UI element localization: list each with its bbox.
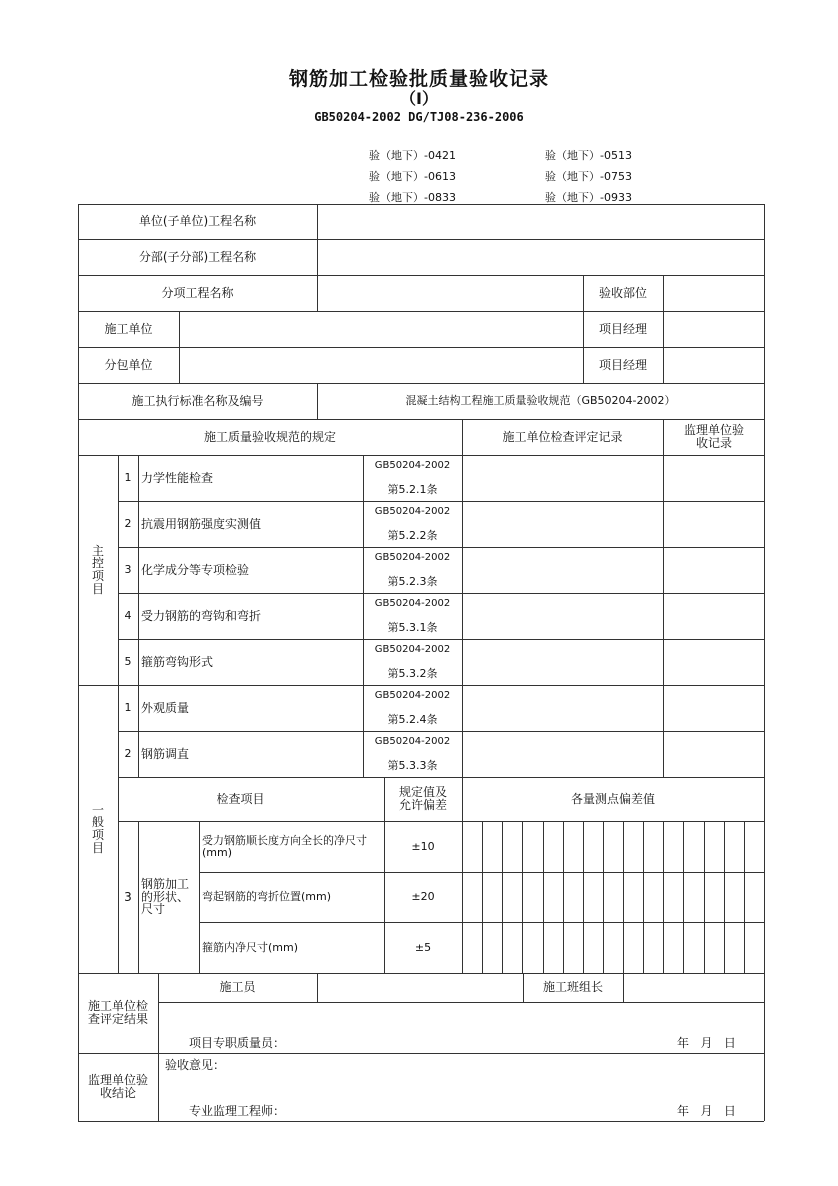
supervisor-record-cell[interactable]	[663, 455, 764, 501]
item-name: 力学性能检查	[138, 455, 363, 501]
unit-project-field[interactable]	[317, 204, 764, 239]
item-name: 外观质量	[138, 685, 363, 731]
contractor-result-label: 施工单位检查评定结果	[80, 973, 156, 1053]
item-clause: 第5.3.1条	[363, 616, 462, 639]
general-items-label: 一般项目	[80, 685, 116, 973]
supervisor-record-cell[interactable]	[663, 593, 764, 639]
division-label: 分部(子分部)工程名称	[78, 239, 317, 275]
team-leader-field[interactable]	[623, 973, 764, 1002]
engineer-label: 专业监理工程师：	[186, 1102, 386, 1120]
supervisor-record-cell[interactable]	[663, 639, 764, 685]
form-code: 验（地下）-0513	[545, 147, 632, 163]
form-code: 验（地下）-0833	[369, 189, 456, 205]
form-code: 验（地下）-0933	[545, 189, 632, 205]
sub-item-tolerance: ±20	[384, 872, 462, 922]
quality-officer-label: 项目专职质量员：	[186, 1034, 386, 1052]
form-code: 验（地下）-0613	[369, 168, 456, 184]
item-number: 5	[118, 639, 138, 685]
item-number: 1	[118, 455, 138, 501]
subcontractor-label: 分包单位	[78, 347, 179, 383]
item-standard: GB50204-2002	[363, 501, 462, 524]
item-number: 1	[118, 685, 138, 731]
item-clause: 第5.2.2条	[363, 524, 462, 547]
item-name: 抗震用钢筋强度实测值	[138, 501, 363, 547]
item-standard: GB50204-2002	[363, 731, 462, 754]
item-name: 受力钢筋的弯钩和弯折	[138, 593, 363, 639]
item3-name: 钢筋加工的形状、尺寸	[138, 821, 199, 973]
item-standard: GB50204-2002	[363, 455, 462, 478]
item-clause: 第5.2.3条	[363, 570, 462, 593]
worker-field[interactable]	[317, 973, 523, 1002]
item-number: 2	[118, 731, 138, 777]
item-number: 3	[118, 547, 138, 593]
division-field[interactable]	[317, 239, 764, 275]
contractor-record-cell[interactable]	[462, 593, 663, 639]
main-items-label: 主控项目	[80, 455, 116, 685]
contractor-record-cell[interactable]	[462, 547, 663, 593]
date-label-2: 年 月 日	[674, 1102, 764, 1120]
item-standard: GB50204-2002	[363, 639, 462, 662]
item-clause: 第5.3.3条	[363, 754, 462, 777]
opinion-label: 验收意见：	[162, 1056, 282, 1074]
item-standard: GB50204-2002	[363, 593, 462, 616]
pm-field-2[interactable]	[663, 347, 764, 383]
item-clause: 第5.3.2条	[363, 662, 462, 685]
contractor-record-cell[interactable]	[462, 455, 663, 501]
item-number: 4	[118, 593, 138, 639]
date-label: 年 月 日	[674, 1034, 764, 1052]
spec-header: 施工质量验收规范的规定	[78, 419, 462, 455]
item-number: 3	[118, 821, 138, 973]
sub-item-name: 弯起钢筋的弯折位置(mm)	[199, 872, 384, 922]
pm-label: 项目经理	[583, 311, 663, 347]
subcontractor-field[interactable]	[179, 347, 583, 383]
contractor-record-cell[interactable]	[462, 685, 663, 731]
contractor-record-header: 施工单位检查评定记录	[462, 419, 663, 455]
unit-project-label: 单位(子单位)工程名称	[78, 204, 317, 239]
item-clause: 第5.2.1条	[363, 478, 462, 501]
exec-standard-value: 混凝土结构工程施工质量验收规范（GB50204-2002）	[317, 383, 764, 419]
acceptance-part-field[interactable]	[663, 275, 764, 311]
item-number: 2	[118, 501, 138, 547]
deviation-header: 各量测点偏差值	[462, 777, 764, 821]
subitem-field[interactable]	[317, 275, 583, 311]
supervisor-record-cell[interactable]	[663, 501, 764, 547]
pm-field[interactable]	[663, 311, 764, 347]
worker-label: 施工员	[158, 973, 317, 1002]
tolerance-header: 规定值及允许偏差	[386, 777, 460, 821]
item-name: 化学成分等专项检验	[138, 547, 363, 593]
contractor-record-cell[interactable]	[462, 639, 663, 685]
acceptance-part-label: 验收部位	[583, 275, 663, 311]
sub-item-tolerance: ±5	[384, 922, 462, 973]
subitem-label: 分项工程名称	[78, 275, 317, 311]
item-standard: GB50204-2002	[363, 547, 462, 570]
pm-label-2: 项目经理	[583, 347, 663, 383]
contractor-label: 施工单位	[78, 311, 179, 347]
supervisor-record-cell[interactable]	[663, 685, 764, 731]
standard-codes: GB50204-2002 DG/TJ08-236-2006	[0, 110, 838, 124]
item-standard: GB50204-2002	[363, 685, 462, 708]
sub-item-tolerance: ±10	[384, 821, 462, 872]
check-item-header: 检查项目	[118, 777, 363, 821]
sub-item-name: 受力钢筋顺长度方向全长的净尺寸(mm)	[199, 821, 384, 872]
supervisor-record-header: 监理单位验收记录	[670, 419, 758, 455]
supervisor-record-cell[interactable]	[663, 731, 764, 777]
form-code: 验（地下）-0753	[545, 168, 632, 184]
item-clause: 第5.2.4条	[363, 708, 462, 731]
item-name: 箍筋弯钩形式	[138, 639, 363, 685]
supervisor-result-label: 监理单位验收结论	[80, 1053, 156, 1121]
form-code: 验（地下）-0421	[369, 147, 456, 163]
sub-item-name: 箍筋内净尺寸(mm)	[199, 922, 384, 973]
contractor-field[interactable]	[179, 311, 583, 347]
contractor-record-cell[interactable]	[462, 731, 663, 777]
contractor-record-cell[interactable]	[462, 501, 663, 547]
supervisor-record-cell[interactable]	[663, 547, 764, 593]
team-leader-label: 施工班组长	[523, 973, 623, 1002]
exec-standard-label: 施工执行标准名称及编号	[78, 383, 317, 419]
page-subtitle: （Ⅰ）	[0, 86, 838, 109]
item-name: 钢筋调直	[138, 731, 363, 777]
